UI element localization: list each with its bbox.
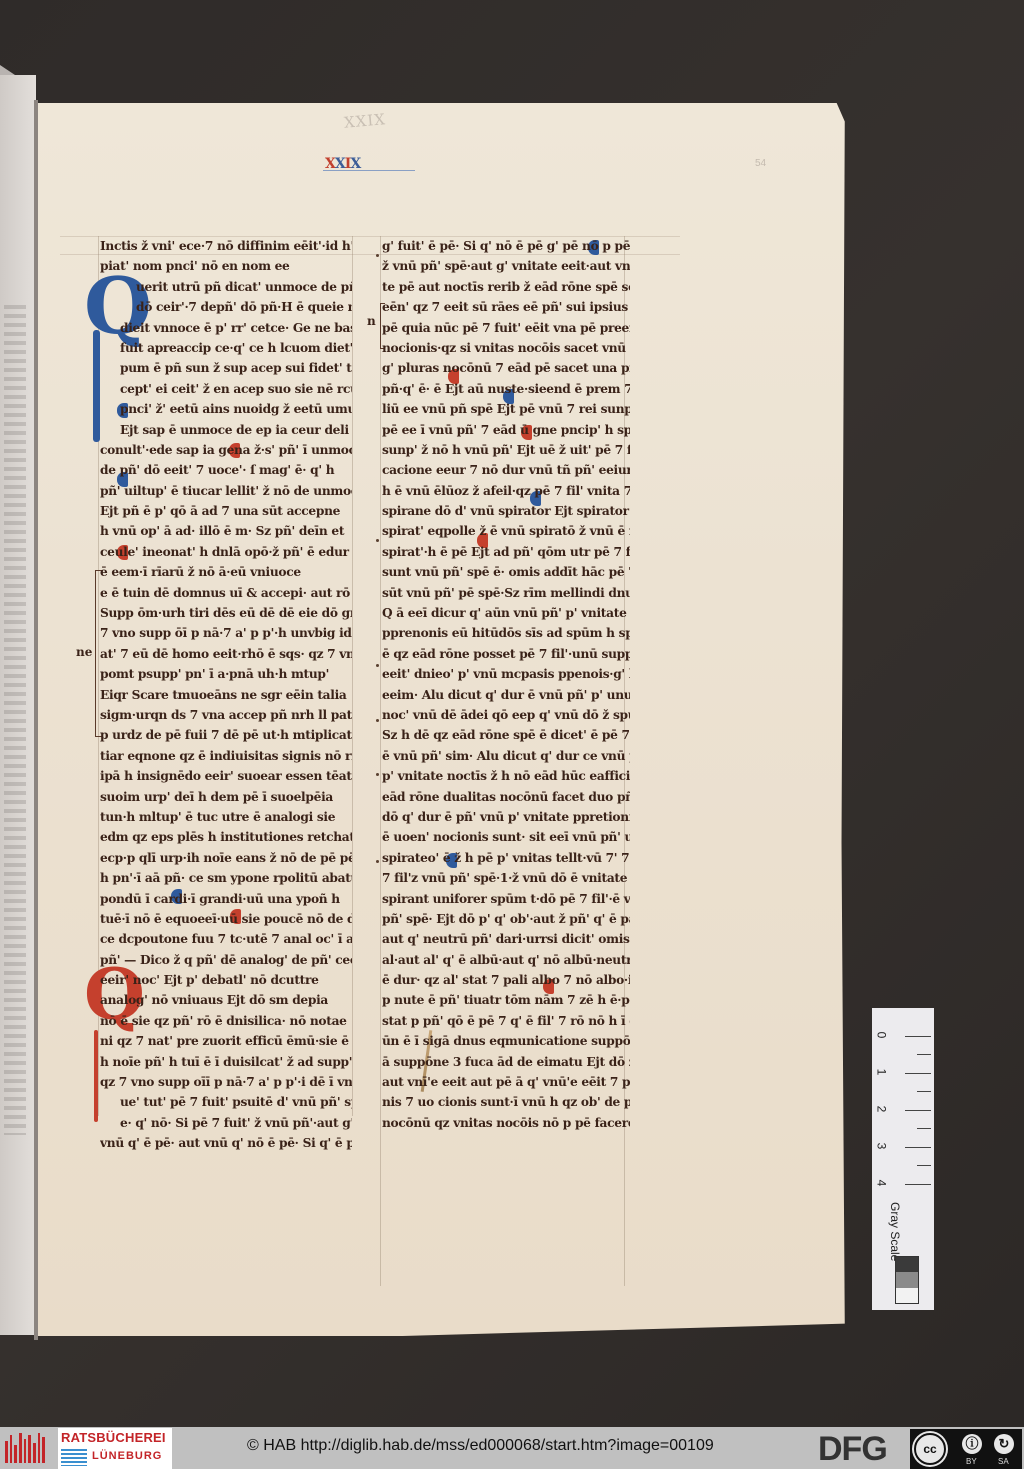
ratsbuecherei-logo[interactable]: RATSBÜCHEREI LÜNEBURG — [58, 1428, 172, 1469]
text-line: ūn ē ī sigā dnus eqmunicatione suppōnis — [382, 1031, 630, 1051]
text-line: tun·h mltup' ē tuc utre ē analogi sie — [100, 807, 352, 827]
ruling-line-right-col-left — [380, 236, 381, 1286]
text-line: tuē·ī nō ē equoeeī·uū sie poucē nō de de… — [100, 909, 352, 929]
margin-dot — [376, 254, 379, 257]
ruler-minor-tick — [917, 1128, 931, 1129]
text-line: ceule' ineonat' h dnlā opō·ž pñ' ē edur — [100, 542, 352, 562]
margin-note-ne: ne — [76, 645, 92, 659]
text-line: eād rōne dualitas nocōnū facet duo pñ'·v… — [382, 787, 630, 807]
text-line: aut q' neutrū pñ' dari·urrsi dicit' omis… — [382, 929, 630, 949]
text-line: at' 7 eū dē homo eeit·rhō ē sqs· qz 7 vn… — [100, 644, 352, 664]
cc-license-badge[interactable]: cc ⓘ ↻ BY SA — [910, 1429, 1022, 1469]
margin-note-n: n — [367, 314, 376, 328]
text-line: Ejt pñ ē p' qō ā ad 7 una sūt accepne — [100, 501, 352, 521]
gray-scale-ruler: 0 1 2 3 4 Gray Scale — [872, 1008, 934, 1310]
text-line: eeit' dnieo' p' vnū mcpasis ppenois·g' h… — [382, 664, 630, 684]
text-line: cacione eeur 7 nō dur vnū tñ pñ' eeiure — [382, 460, 630, 480]
initial-q-red-tail — [94, 1030, 98, 1122]
ruler-number: 1 — [874, 1069, 888, 1076]
dfg-logo[interactable]: DFG — [818, 1430, 887, 1468]
text-line: uerit utrū pñ dicat' unmoce de pñ' — [100, 277, 352, 297]
text-line: ē uoen' nocionis sunt· sit eeī vnū pñ' u… — [382, 827, 630, 847]
text-line: h ē vnū ēlūoz ž afeil·qz pē 7 fil' vnita… — [382, 481, 630, 501]
text-line: ē dur· qz al' stat 7 pali albo 7 nō albo… — [382, 970, 630, 990]
cc-icon: cc — [914, 1433, 946, 1465]
text-line: piat' nom pnci' nō en nom ee — [100, 256, 352, 276]
text-line: pomt psupp' pn' ī a·pnā uh·h mtup' — [100, 664, 352, 684]
text-line: eeim· Alu dicut q' dur ē vnū pñ' p' unut… — [382, 685, 630, 705]
ruler-major-tick — [905, 1184, 931, 1185]
initial-q-blue-tail — [93, 330, 100, 442]
logo-text-bottom: LÜNEBURG — [92, 1450, 162, 1462]
text-line: Sz h dē qz eād rōne spē ē dicet' ē pē 7 … — [382, 725, 630, 745]
text-line: fuit apreaccip ce·q' ce h lcuom diet'·B … — [100, 338, 352, 358]
text-line: pñ' spē· Ejt dō p' q' ob'·aut ž pñ' q' ē… — [382, 909, 630, 929]
text-line: pñ' — Dico ž q pñ' dē analog' de pñ' ceo — [100, 950, 352, 970]
text-line: ē vnū pñ' sim· Alu dicut q' dur ce vnū p… — [382, 746, 630, 766]
text-line: liū ee vnū pñ spē Ejt pē vnū 7 rei sunp'… — [382, 399, 630, 419]
text-line: spirateo' ē ž h pē p' vnitas tellt·vū 7'… — [382, 848, 630, 868]
swatch-light — [896, 1288, 918, 1303]
text-line: g' pluras nocōnū 7 eād pē sacet una pñ d… — [382, 358, 630, 378]
margin-dot — [376, 773, 379, 776]
text-line: p nute ē pñ' tiuatr tōm nām 7 zē h ē·pē … — [382, 990, 630, 1010]
text-line: tiar eqnone qz ē indiuisitas signis nō r… — [100, 746, 352, 766]
pencil-numeral: XXIX — [343, 110, 386, 132]
text-line: suoim urp' deī h dem pē ī suoelpēia — [100, 787, 352, 807]
text-line: vnū q' ē pē· aut vnū q' nō ē pē· Si q' ē… — [100, 1133, 352, 1153]
text-line: nocionis·qz si vnitas nocōis sacet vnū d… — [382, 338, 630, 358]
text-line: cept' ei ceit' ž en acep suo sie nē rcut… — [100, 379, 352, 399]
text-line: e· q' nō· Si pē 7 fuit' ž vnū pñ'·aut g' — [100, 1113, 352, 1133]
text-line: eeir' noc' Ejt p' debatl' nō dcuttre — [100, 970, 352, 990]
swatch-dark — [896, 1257, 918, 1272]
text-column-left: Inctis ž vni' ece·7 nō diffinim eēit'·id… — [100, 236, 352, 1154]
text-line: aut vnī'e eeit aut pē ā q' vnū'e eēit 7 … — [382, 1072, 630, 1092]
text-line: p' vnitate noctīs ž h nō eād hūc eaffici… — [382, 766, 630, 786]
text-line: pñ·q' ē· ē Ejt aū nuste·sieend ē prem 7 … — [382, 379, 630, 399]
sa-label: SA — [998, 1457, 1009, 1466]
text-line: pñ' uiltup' ē tiucar lellit' ž nō de unm… — [100, 481, 352, 501]
running-head: X X I X — [325, 157, 360, 171]
text-line: analog' nō vniuaus Ejt dō sm depia — [100, 990, 352, 1010]
running-head-rule — [323, 170, 415, 171]
text-line: ā suppōne 3 fuca ād de eimatu Ejt dō ž q… — [382, 1052, 630, 1072]
text-line: sūt vnū pñ' pē spē·Sz rīm mellindi dnust… — [382, 583, 630, 603]
text-line: g' fuit' ē pē· Si q' nō ē pē g' pē nō p … — [382, 236, 630, 256]
text-line: nō ē sie qz pñ' rō ē dnisilica· nō notae — [100, 1011, 352, 1031]
text-line: dō q' dur ē pñ' vnū p' vnitate ppretioni… — [382, 807, 630, 827]
text-line: spirat'·h ē pē Ejt ad pñ' qōm utr pē 7 f… — [382, 542, 630, 562]
text-line: te pē aut noctīs rerib ž eād rōne spē sē — [382, 277, 630, 297]
gray-scale-label: Gray Scale — [888, 1202, 902, 1261]
text-line: noc' vnū dē ādei qō eep q' vnū dō ž spui… — [382, 705, 630, 725]
sa-share-alike-icon: ↻ — [994, 1434, 1014, 1454]
previous-leaf-edge — [0, 75, 36, 1335]
text-line: spirant uniforer spūm t·dō pē 7 fil'·ē v… — [382, 889, 630, 909]
text-line: sunp' ž nō h vnū pñ' Ejt uē ž uit' pē 7 … — [382, 440, 630, 460]
text-line: nis 7 uo cionis sunt·ī vnū h qz ob' de p… — [382, 1092, 630, 1112]
margin-dot — [376, 539, 379, 542]
text-line: Ejt sap ē unmoce de ep ia ceur deli 7 uo — [100, 420, 352, 440]
copyright-link[interactable]: © HAB http://diglib.hab.de/mss/ed000068/… — [247, 1437, 714, 1455]
ruling-line-left-col-right — [352, 236, 353, 1116]
text-line: pē quia nūc pē 7 fuit' eēit vna pē preem… — [382, 318, 630, 338]
text-line: sigm·urqn ds 7 vna accep pñ nrh ll pat — [100, 705, 352, 725]
ruler-major-tick — [905, 1073, 931, 1074]
ruler-minor-tick — [917, 1091, 931, 1092]
text-line: Q ā eeī dicur q' aūn vnū pñ' p' vnitate — [382, 603, 630, 623]
text-line: Eiqr Scare tmuoeāns ne sgr eēin talia — [100, 685, 352, 705]
margin-dot — [376, 664, 379, 667]
text-line: pum ē pñ sun ž sup acep sui fidet' topu — [100, 358, 352, 378]
text-line: e ē tuin dē domnus uī & accepi· aut rō — [100, 583, 352, 603]
text-line: edm qz eps plēs h institutiones retchata… — [100, 827, 352, 847]
text-line: ē eem·ī rīarū ž nō ā·eū vniuoce — [100, 562, 352, 582]
text-line: qz 7 vno supp oīī p nā·7 a' p p'·i dē ī … — [100, 1072, 352, 1092]
binding-gutter — [34, 100, 38, 1340]
text-line: al·aut al' q' ē albū·aut q' nō albū·neut… — [382, 950, 630, 970]
margin-dot — [376, 860, 379, 863]
text-line: ipā h insignēdo eeir' suoear essen tēatu… — [100, 766, 352, 786]
book-icon — [61, 1449, 87, 1466]
ruler-minor-tick — [917, 1054, 931, 1055]
text-line: eēn' qz 7 eeit sū rāes eē pñ' sui ipsius — [382, 297, 630, 317]
text-line: ue' tut' pē 7 fuit' psuitē d' vnū pñ' sp… — [100, 1092, 352, 1112]
logo-text-top: RATSBÜCHEREI — [61, 1430, 166, 1445]
folio-number: 54 — [755, 158, 766, 169]
text-line: nocōnū qz vnitas nocōis nō p pē facere — [382, 1113, 630, 1133]
text-line: 7 vno supp ōī p nā·7 a' p p'·h unvbig id… — [100, 623, 352, 643]
by-label: BY — [966, 1457, 977, 1466]
text-line: dō ceir'·7 depñ' dō pñ·H ē queie ni' — [100, 297, 352, 317]
text-line: conult'·ede sap ia gena ž·s' pñ' ī unmoc… — [100, 440, 352, 460]
text-line: h noīe pñ' h tuī ē ī duisilcat' ž ad sup… — [100, 1052, 352, 1072]
ruler-minor-tick — [917, 1165, 931, 1166]
text-line: pprenonis eū hitūdōs sīs ad spūm h spē h… — [382, 623, 630, 643]
text-line: Inctis ž vni' ece·7 nō diffinim eēit'·id… — [100, 236, 352, 256]
text-line: h pn'·ī aā pñ· ce sm ypone rpolitū abatu — [100, 868, 352, 888]
by-attribution-icon: ⓘ — [962, 1434, 982, 1454]
text-line: ē qz eād rōne posset pē 7 fil'·unū suppō… — [382, 644, 630, 664]
text-line: sunt vnū pñ' spē ē· omis addīt hāc pē 7 … — [382, 562, 630, 582]
text-line: pondū ī cardi·ī grandi·uū una ypoñ h — [100, 889, 352, 909]
ruler-number: 4 — [874, 1180, 888, 1187]
previous-leaf-text-show-through — [4, 305, 26, 1135]
margin-dot — [376, 719, 379, 722]
text-line: spirane dō d' vnū spirator Ejt spirator … — [382, 501, 630, 521]
text-line: ecp·p qlī urp·ih noīe eans ž nō de pē pē — [100, 848, 352, 868]
text-line: p urdz de pē fuii 7 dē pē ut·h mtiplicat — [100, 725, 352, 745]
ruler-major-tick — [905, 1110, 931, 1111]
text-line: ž vnū pñ' spē·aut g' vnitate eeit·aut vn… — [382, 256, 630, 276]
text-line: stat p pñ' qō ē pē 7 q' ē fil' 7 rō nō h… — [382, 1011, 630, 1031]
swatch-mid — [896, 1272, 918, 1287]
ruler-number: 3 — [874, 1143, 888, 1150]
ruler-major-tick — [905, 1036, 931, 1037]
ruler-major-tick — [905, 1147, 931, 1148]
text-line: Supp ōm·urh tiri dēs eū dē dē eie dō gna… — [100, 603, 352, 623]
ruler-number: 2 — [874, 1106, 888, 1113]
library-logo-icon — [5, 1433, 45, 1463]
text-line: ce dcpoutone fuu 7 tc·utē 7 anal oc' ī a… — [100, 929, 352, 949]
text-line: h vnū op' ā ad· illō ē m· Sz pñ' deīn et — [100, 521, 352, 541]
text-column-right: g' fuit' ē pē· Si q' nō ē pē g' pē nō p … — [382, 236, 630, 1133]
text-line: pē ee ī vnū pñ' 7 eād ū gne pncip' h spē… — [382, 420, 630, 440]
ruler-number: 0 — [874, 1032, 888, 1039]
text-line: dieit vnnoce ē p' rr' cetce· Ge ne basil… — [100, 318, 352, 338]
text-line: 7 fil'z vnū pñ' spē·1·ž vnū dō ē vnitate… — [382, 868, 630, 888]
text-line: ni qz 7 nat' pre zuorit efficū ēmū·sie ē… — [100, 1031, 352, 1051]
text-line: pnci' ž' eetū ains nuoidg ž eetū umuoeli — [100, 399, 352, 419]
gray-scale-swatches — [895, 1256, 919, 1304]
text-line: spirat' eqpolle ž ē vnū spiratō ž vnū ē … — [382, 521, 630, 541]
text-line: de pñ' dō eeit' 7 uoce'· ſ mag' ē· q' h — [100, 460, 352, 480]
